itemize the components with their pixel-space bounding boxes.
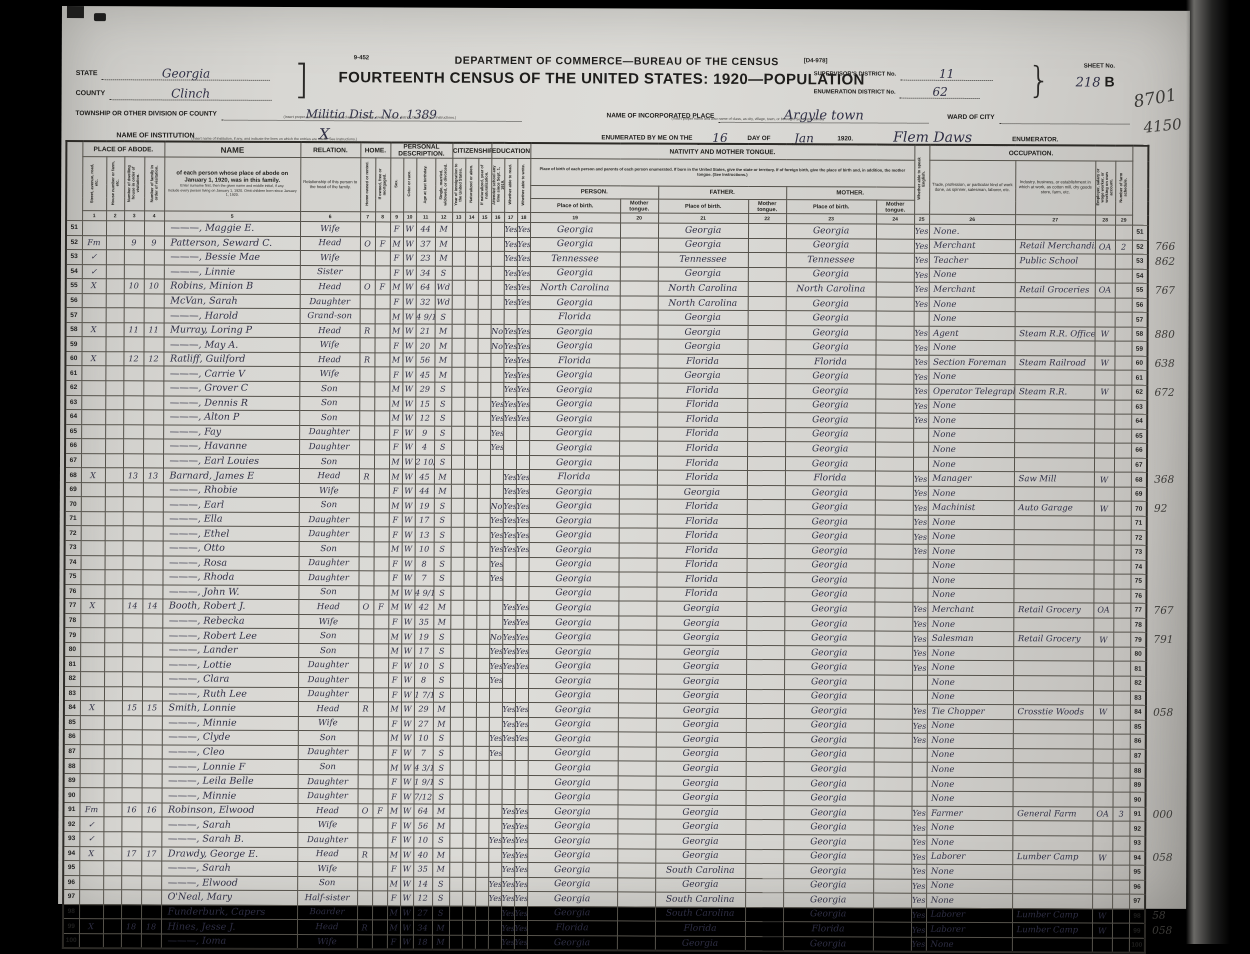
sex: F [389, 484, 402, 499]
sex: M [390, 324, 403, 339]
color-race: W [403, 338, 416, 353]
margin-number [1145, 938, 1179, 944]
person-birthplace: Georgia [529, 572, 619, 587]
age: 56 [415, 353, 434, 368]
dwelling-number [123, 526, 143, 541]
name: ———, John W. [162, 585, 298, 600]
father-birthplace: Georgia [656, 645, 746, 660]
family-number [142, 745, 162, 760]
relation: Son [298, 643, 358, 658]
line-number: 82 [64, 671, 80, 686]
naturalized [462, 891, 475, 906]
abode-mark [80, 570, 104, 585]
name: McVan, Sarah [164, 294, 300, 309]
family-number [143, 555, 163, 570]
marital-status: M [432, 935, 449, 944]
worker-class [1092, 836, 1112, 851]
name: ———, Rosa [163, 556, 299, 571]
speaks-english: Yes [912, 821, 927, 836]
mother-mother-tongue [876, 268, 914, 283]
father-birthplace: Georgia [656, 616, 746, 631]
house-number [104, 613, 122, 628]
home-owned-or-rented: R [357, 920, 372, 935]
immigration-year [450, 775, 463, 790]
house-number [103, 933, 121, 944]
person-mother-tongue [618, 761, 656, 776]
color-race: W [401, 658, 414, 673]
person-mother-tongue [618, 688, 656, 703]
group-nativity: NATIVITY AND MOTHER TONGUE. [530, 143, 914, 160]
naturalization-year [476, 775, 489, 790]
abode-mark: ✓ [82, 264, 106, 279]
age: 10 [415, 542, 434, 557]
farm-schedule [1114, 516, 1131, 531]
age: 14 [413, 877, 432, 892]
able-to-write: Yes [514, 833, 527, 848]
father-birthplace: Georgia [656, 747, 746, 762]
speaks-english: Yes [911, 908, 926, 923]
industry [1012, 865, 1092, 880]
home-owned-or-rented [358, 615, 373, 630]
dwelling-number [121, 832, 141, 847]
able-to-write: Yes [517, 266, 530, 281]
naturalization-year [476, 601, 489, 616]
mother-birthplace: Georgia [784, 587, 874, 602]
dwelling-number: 16 [121, 803, 141, 818]
relation: Wife [297, 862, 357, 877]
mother-mother-tongue [874, 631, 912, 646]
mother-mother-tongue [876, 224, 914, 239]
attended-school [489, 688, 502, 703]
line-number: 77 [64, 599, 80, 614]
naturalization-year [478, 237, 491, 252]
person-birthplace: Georgia [529, 368, 619, 383]
color-race: W [402, 542, 415, 557]
father-mother-tongue [745, 820, 783, 835]
color-race: W [401, 760, 414, 775]
able-to-write: Yes [517, 281, 530, 296]
occupation: Operator Telegraph [928, 384, 1014, 399]
age: 64 [416, 280, 435, 295]
industry [1013, 734, 1093, 749]
abode-mark [79, 875, 103, 890]
family-number [142, 585, 162, 600]
person-mother-tongue [620, 339, 658, 354]
mother-mother-tongue [873, 820, 911, 835]
line-number: 88 [64, 759, 80, 774]
supervisor-value: 11 [901, 67, 993, 81]
sex: M [389, 455, 402, 470]
person-mother-tongue [618, 790, 656, 805]
abode-mark: ✓ [79, 832, 103, 847]
group-education: EDUCATION. [491, 143, 530, 159]
column-number: 23 [786, 214, 876, 224]
mother-birthplace: Georgia [784, 616, 874, 631]
naturalization-year [478, 222, 491, 237]
farm-schedule [1115, 254, 1132, 269]
abode-mark [81, 366, 105, 381]
abode-mark: X [82, 322, 106, 337]
mother-birthplace: North Carolina [786, 282, 876, 297]
age: 7/12 [414, 789, 433, 804]
abode-mark: X [81, 352, 105, 367]
speaks-english: Yes [912, 704, 927, 719]
marital-status: S [432, 833, 449, 848]
naturalization-year [477, 382, 490, 397]
dwelling-number [122, 686, 142, 701]
house-number [104, 672, 122, 687]
worker-class [1092, 894, 1112, 909]
father-birthplace: Florida [656, 587, 746, 602]
able-to-read: Yes [501, 921, 514, 936]
industry [1014, 487, 1094, 502]
naturalization-year [476, 746, 489, 761]
name: ———, Leila Belle [162, 774, 298, 789]
owned-free-or-mortgaged [374, 426, 389, 441]
sex: F [387, 862, 400, 877]
age: 35 [414, 615, 433, 630]
margin-number: 766 [1148, 240, 1182, 255]
owned-free-or-mortgaged [375, 338, 390, 353]
age: 4 3/12 [414, 760, 433, 775]
margin-number [1146, 763, 1180, 778]
occupation: Merchant [929, 239, 1015, 254]
margin-number [1146, 662, 1180, 677]
margin-number [1146, 749, 1180, 764]
owned-free-or-mortgaged [374, 542, 389, 557]
farm-schedule [1115, 225, 1132, 240]
naturalized [462, 935, 475, 944]
marital-status: S [433, 789, 450, 804]
able-to-write: Yes [515, 804, 528, 819]
dwelling-number [123, 424, 143, 439]
dwelling-number [123, 497, 143, 512]
speaks-english [912, 762, 927, 777]
home-owned-or-rented [359, 571, 374, 586]
able-to-read: Yes [504, 237, 517, 252]
dwelling-number [122, 657, 142, 672]
mother-birthplace: Georgia [784, 602, 874, 617]
mother-birthplace: Georgia [784, 689, 874, 704]
sheet-value: 218B [1076, 73, 1115, 90]
father-birthplace: Florida [657, 354, 747, 369]
able-to-write: Yes [515, 630, 528, 645]
able-to-write: Yes [515, 717, 528, 732]
worker-class [1092, 880, 1112, 895]
speaks-english: Yes [914, 341, 929, 356]
farm-schedule [1112, 851, 1129, 866]
family-number: 17 [141, 846, 161, 861]
able-to-read [502, 761, 515, 776]
name: ———, Grover C [163, 381, 299, 396]
father-birthplace: Florida [657, 543, 747, 558]
mother-birthplace: Georgia [785, 442, 875, 457]
county-value: Clinch [110, 86, 272, 101]
person-birthplace: Georgia [529, 397, 619, 412]
able-to-read: Yes [503, 382, 516, 397]
naturalization-year [478, 281, 491, 296]
mother-birthplace: Georgia [785, 427, 875, 442]
line-number: 52 [1132, 240, 1148, 255]
attended-school [491, 266, 504, 281]
owned-free-or-mortgaged [373, 586, 388, 601]
name: ———, Ruth Lee [162, 686, 298, 701]
dwelling-number [124, 264, 144, 279]
relation: Daughter [298, 687, 358, 702]
sex: F [389, 513, 402, 528]
relation: Head [297, 847, 357, 862]
age: 20 [416, 338, 435, 353]
person-birthplace: Georgia [529, 455, 619, 470]
mother-birthplace: Georgia [784, 733, 874, 748]
age: 34 [416, 266, 435, 281]
able-to-read: Yes [503, 470, 516, 485]
immigration-year [450, 717, 463, 732]
worker-class: W [1093, 705, 1113, 720]
col-mother-tongue: Mother tongue. [876, 200, 914, 214]
house-number [105, 337, 123, 352]
mother-birthplace: Georgia [784, 747, 874, 762]
line-number: 93 [1129, 836, 1145, 851]
occupation: None [927, 617, 1013, 632]
home-owned-or-rented [358, 716, 373, 731]
relation: Wife [298, 614, 358, 629]
occupation: None [928, 399, 1014, 414]
occupation: None [926, 937, 1012, 944]
attended-school: Yes [489, 746, 502, 761]
color-race: W [401, 687, 414, 702]
able-to-write: Yes [516, 499, 529, 514]
home-owned-or-rented: R [357, 847, 372, 862]
mother-mother-tongue [874, 777, 912, 792]
speaks-english [913, 588, 928, 603]
mother-mother-tongue [875, 442, 913, 457]
line-number: 93 [63, 831, 79, 846]
relation: Son [299, 542, 359, 557]
marital-status: S [433, 760, 450, 775]
abode-mark: X [80, 599, 104, 614]
naturalized [463, 731, 476, 746]
house-number [105, 541, 123, 556]
mother-birthplace: Georgia [784, 704, 874, 719]
naturalized [462, 833, 475, 848]
mother-mother-tongue [874, 791, 912, 806]
attended-school: Yes [490, 557, 503, 572]
person-mother-tongue [617, 921, 655, 936]
person-mother-tongue [617, 892, 655, 907]
industry [1014, 443, 1094, 458]
column-number: 28 [1095, 215, 1115, 225]
relation: Daughter [298, 658, 358, 673]
relation: Wife [300, 251, 360, 266]
sex: M [388, 702, 401, 717]
house-number [105, 352, 123, 367]
father-mother-tongue [748, 282, 786, 297]
mother-mother-tongue [876, 297, 914, 312]
farm-schedule [1114, 443, 1131, 458]
sex: M [388, 644, 401, 659]
person-birthplace: Georgia [528, 615, 618, 630]
family-number: 12 [143, 352, 163, 367]
able-to-read [503, 557, 516, 572]
naturalized [465, 222, 478, 237]
column-number: 18 [517, 212, 530, 222]
age: 13 [415, 528, 434, 543]
col-mortgage: If owned, free or mortgaged. [375, 158, 390, 212]
naturalized [464, 557, 477, 572]
home-owned-or-rented: O [357, 804, 372, 819]
home-owned-or-rented [359, 455, 374, 470]
owned-free-or-mortgaged [372, 833, 387, 848]
subgroup-mother: MOTHER. [786, 187, 914, 201]
immigration-year [449, 848, 462, 863]
person-birthplace: Georgia [529, 543, 619, 558]
person-mother-tongue [617, 819, 655, 834]
house-number [106, 264, 124, 279]
mother-mother-tongue [875, 471, 913, 486]
naturalized [465, 310, 478, 325]
home-owned-or-rented [359, 396, 374, 411]
margin-number [1146, 676, 1180, 691]
naturalized [462, 848, 475, 863]
father-birthplace: Florida [657, 514, 747, 529]
father-mother-tongue [745, 907, 783, 922]
naturalization-year [478, 310, 491, 325]
col-speaks-english: Whether able to speak English. [914, 145, 929, 215]
naturalization-year [477, 557, 490, 572]
sex: M [387, 920, 400, 935]
worker-class [1092, 865, 1112, 880]
person-birthplace: Georgia [527, 892, 617, 907]
sex: M [388, 629, 401, 644]
color-race: W [400, 862, 413, 877]
naturalized [464, 353, 477, 368]
mother-birthplace: Georgia [785, 500, 875, 515]
margin-number [1148, 225, 1182, 240]
color-race: W [401, 731, 414, 746]
occupation: Machinist [928, 501, 1014, 516]
person-mother-tongue [619, 383, 657, 398]
home-owned-or-rented [358, 775, 373, 790]
margin-number: 058 [1145, 851, 1179, 866]
industry: Saw Mill [1014, 472, 1094, 487]
line-number: 55 [66, 279, 82, 294]
color-race: W [400, 920, 413, 935]
marital-status: S [433, 746, 450, 761]
dwelling-number [122, 759, 142, 774]
relation: Daughter [299, 527, 359, 542]
worker-class: W [1094, 472, 1114, 487]
naturalization-year [476, 688, 489, 703]
margin-number [1148, 342, 1182, 357]
father-mother-tongue [746, 616, 784, 631]
line-number: 75 [64, 570, 80, 585]
age: 29 [415, 382, 434, 397]
margin-number [1145, 865, 1179, 880]
margin-number [1147, 443, 1181, 458]
able-to-read: Yes [502, 659, 515, 674]
col-marital: Single, married, widowed, or divorced. [435, 158, 452, 212]
group-home: HOME. [360, 142, 390, 158]
abode-mark [81, 541, 105, 556]
age: 37 [416, 237, 435, 252]
sex: M [390, 309, 403, 324]
sex: F [389, 557, 402, 572]
naturalized [464, 440, 477, 455]
home-owned-or-rented: O [360, 236, 375, 251]
marital-status: M [435, 251, 452, 266]
industry [1012, 937, 1092, 944]
dotted-line [999, 112, 1129, 125]
mother-birthplace: Georgia [786, 238, 876, 253]
mother-mother-tongue [874, 646, 912, 661]
occupation: None [928, 530, 1014, 545]
mother-mother-tongue [875, 428, 913, 443]
farm-schedule [1113, 691, 1130, 706]
dwelling-number: 15 [122, 701, 142, 716]
name: ———, Earl [163, 497, 299, 512]
name: Barnard, James E [163, 468, 299, 483]
owned-free-or-mortgaged [374, 469, 389, 484]
speaks-english: Yes [911, 850, 926, 865]
margin-number: 767 [1147, 603, 1181, 618]
person-mother-tongue [620, 296, 658, 311]
occupation: None [926, 879, 1012, 894]
speaks-english: Yes [911, 937, 926, 944]
industry: Public School [1015, 254, 1095, 269]
sex: F [390, 338, 403, 353]
owned-free-or-mortgaged [373, 702, 388, 717]
person-mother-tongue [617, 936, 655, 944]
immigration-year [450, 746, 463, 761]
house-number [104, 686, 122, 701]
able-to-write: Yes [516, 470, 529, 485]
worker-class [1094, 414, 1114, 429]
father-mother-tongue [746, 805, 784, 820]
immigration-year [451, 353, 464, 368]
col-person-birthplace: Place of birth. [530, 199, 620, 213]
home-owned-or-rented [358, 644, 373, 659]
relation: Son [299, 411, 359, 426]
mother-birthplace: Georgia [785, 456, 875, 471]
father-birthplace: Georgia [656, 732, 746, 747]
name: ———, Rhobie [163, 483, 299, 498]
father-mother-tongue [747, 413, 785, 428]
line-number: 77 [1131, 603, 1147, 618]
occupation: None [928, 442, 1014, 457]
mother-mother-tongue [875, 355, 913, 370]
industry [1014, 428, 1094, 443]
abode-mark [81, 453, 105, 468]
dwelling-number [123, 439, 143, 454]
naturalized [463, 760, 476, 775]
marital-status: S [434, 513, 451, 528]
age: 1 9/12 [414, 775, 433, 790]
house-number [105, 439, 123, 454]
attended-school: Yes [490, 571, 503, 586]
margin-col [1148, 146, 1182, 226]
able-to-write [515, 775, 528, 790]
person-birthplace: Georgia [528, 659, 618, 674]
home-owned-or-rented [360, 338, 375, 353]
farm-schedule [1113, 792, 1130, 807]
dwelling-number [123, 454, 143, 469]
naturalized [464, 411, 477, 426]
attended-school [489, 586, 502, 601]
father-mother-tongue [746, 631, 784, 646]
able-to-write: Yes [516, 383, 529, 398]
naturalization-year [477, 484, 490, 499]
